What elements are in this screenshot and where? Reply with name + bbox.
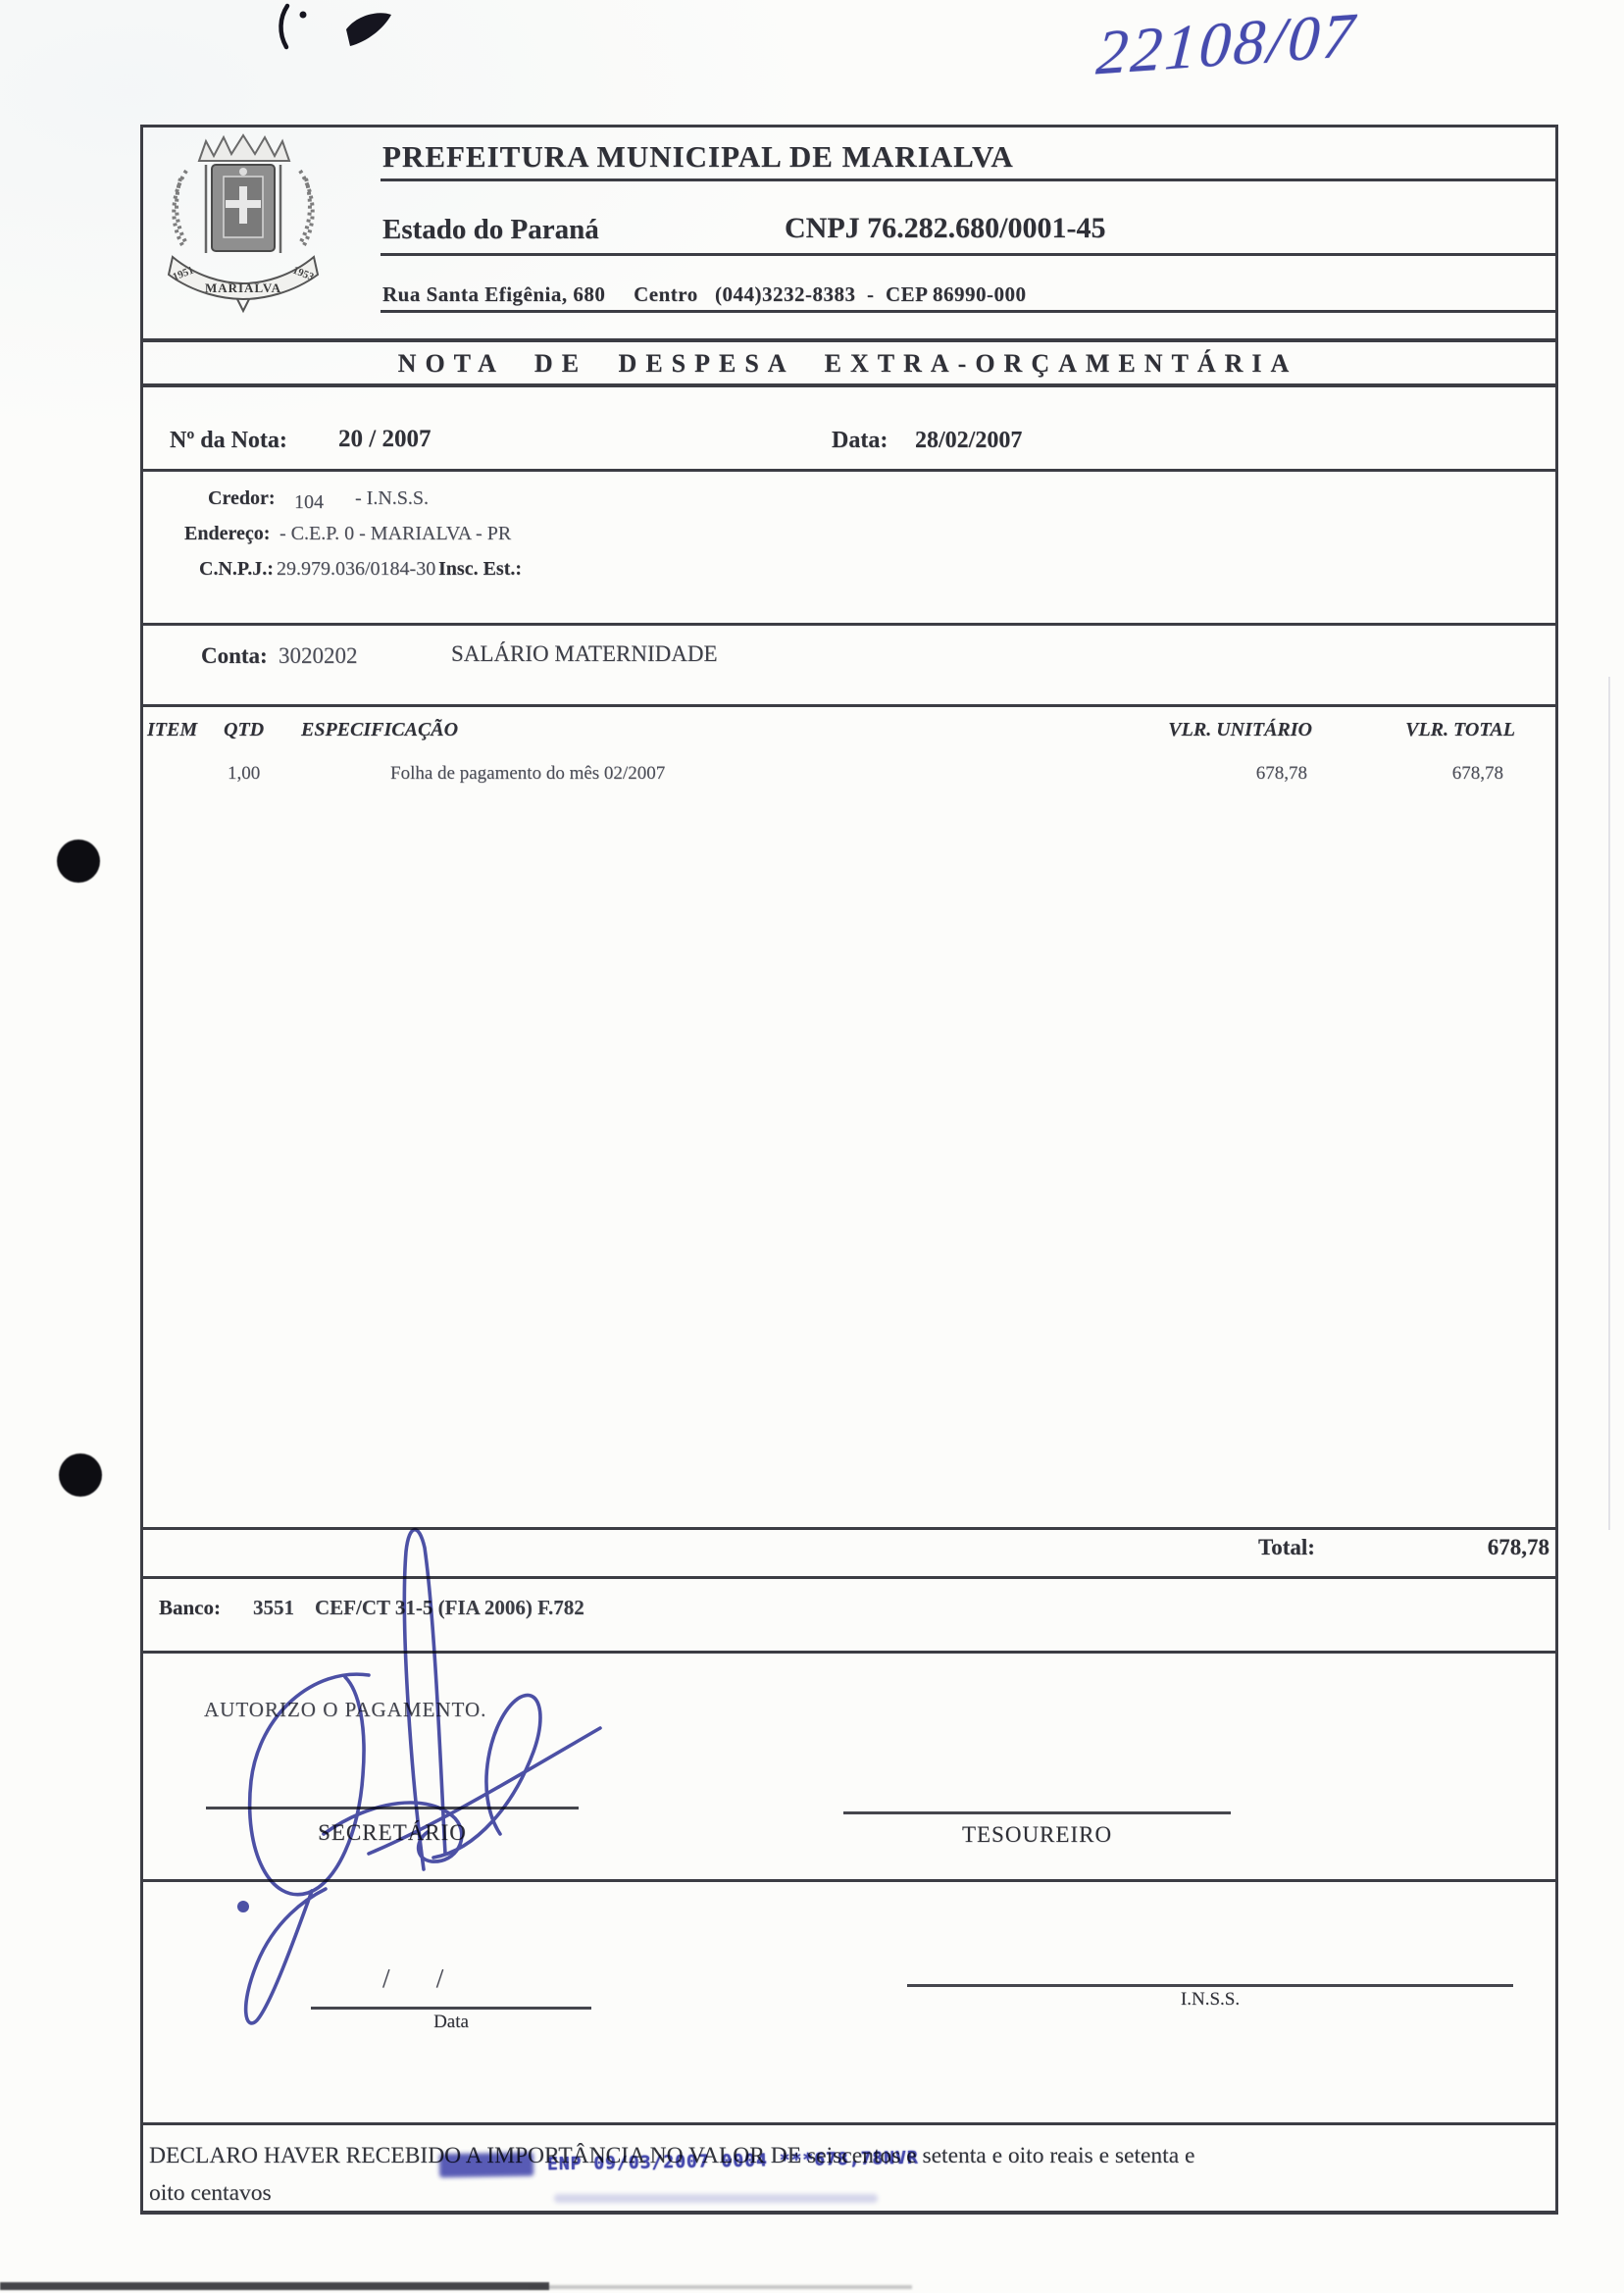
- rule-line: [381, 178, 1555, 181]
- rule-line: [140, 125, 1558, 127]
- stamp-smudge: [439, 2153, 533, 2178]
- punch-hole: [57, 840, 100, 883]
- scan-edge-mark: [0, 2282, 549, 2290]
- item-row-espec: Folha de pagamento do mês 02/2007: [390, 763, 665, 785]
- col-header-vlr-total: VLR. TOTAL: [1329, 719, 1515, 741]
- receiver-label: I.N.S.S.: [907, 1989, 1513, 2011]
- punch-hole: [59, 1453, 102, 1497]
- credor-cnpj-value: 29.979.036/0184-30: [277, 558, 435, 581]
- credor-cnpj-label: C.N.P.J.:: [199, 558, 274, 581]
- scanned-expense-note: 22108/07 1951 MARIALVA 1953 PREFEITURA M…: [0, 0, 1624, 2293]
- endereco-value: - C.E.P. 0 - MARIALVA - PR: [279, 523, 511, 545]
- date-label: Data:: [832, 428, 888, 454]
- conta-code: 3020202: [279, 643, 358, 669]
- rule-line: [140, 469, 1558, 472]
- conta-name: SALÁRIO MATERNIDADE: [451, 641, 718, 667]
- rule-line: [140, 125, 143, 2214]
- stamp-smear: [554, 2194, 878, 2203]
- rule-line: [381, 310, 1555, 313]
- insc-est-label: Insc. Est.:: [438, 558, 522, 581]
- scan-fold-line: [1608, 677, 1610, 1530]
- receiver-signature-line: [907, 1984, 1513, 1987]
- col-header-item: ITEM: [147, 719, 197, 741]
- marialva-coat-of-arms-logo: 1951 MARIALVA 1953: [155, 129, 331, 314]
- org-address: Rua Santa Efigênia, 680 Centro (044)3232…: [382, 282, 1027, 307]
- col-header-vlr-unitario: VLR. UNITÁRIO: [1059, 719, 1312, 741]
- credor-name: - I.N.S.S.: [355, 487, 429, 510]
- rule-line: [140, 2122, 1558, 2125]
- svg-text:MARIALVA: MARIALVA: [205, 280, 281, 295]
- item-row-vlr-unitario: 678,78: [1059, 763, 1307, 785]
- handwritten-filing-number: 22108/07: [1094, 0, 1359, 90]
- scan-edge-mark: [530, 2285, 912, 2289]
- date-value: 28/02/2007: [915, 428, 1022, 454]
- treasurer-signature-line: [843, 1811, 1231, 1814]
- rule-line: [140, 338, 1558, 342]
- org-cnpj: CNPJ 76.282.680/0001-45: [785, 212, 1105, 245]
- endereco-label: Endereço:: [184, 523, 270, 545]
- item-row-vlr-total: 678,78: [1314, 763, 1503, 785]
- col-header-espec: ESPECIFICAÇÃO: [301, 719, 458, 741]
- nota-number-label: Nº da Nota:: [170, 428, 287, 454]
- stamp-text: ENP 09/03/2007 0004 ***678,78NVR: [547, 2147, 919, 2174]
- rule-line: [140, 704, 1558, 707]
- col-header-qtd: QTD: [224, 719, 264, 741]
- rule-line: [140, 2211, 1558, 2215]
- rule-line: [381, 253, 1555, 256]
- credor-code: 104: [294, 491, 324, 514]
- nota-number-value: 20 / 2007: [338, 426, 431, 453]
- rule-line: [1555, 125, 1558, 2214]
- total-value: 678,78: [1363, 1535, 1549, 1560]
- secretary-signature-ink: [177, 1508, 628, 2058]
- rule-line: [140, 623, 1558, 626]
- org-state: Estado do Paraná: [382, 214, 599, 246]
- pen-mark-icon: [260, 0, 407, 59]
- treasurer-label: TESOUREIRO: [843, 1822, 1231, 1848]
- item-row-qtd: 1,00: [228, 763, 260, 785]
- credor-label: Credor:: [208, 487, 276, 510]
- conta-label: Conta:: [201, 643, 268, 669]
- document-title: NOTA DE DESPESA EXTRA-ORÇAMENTÁRIA: [140, 349, 1555, 379]
- org-title: PREFEITURA MUNICIPAL DE MARIALVA: [382, 139, 1014, 175]
- total-label: Total:: [1258, 1535, 1315, 1560]
- rule-line: [140, 383, 1558, 387]
